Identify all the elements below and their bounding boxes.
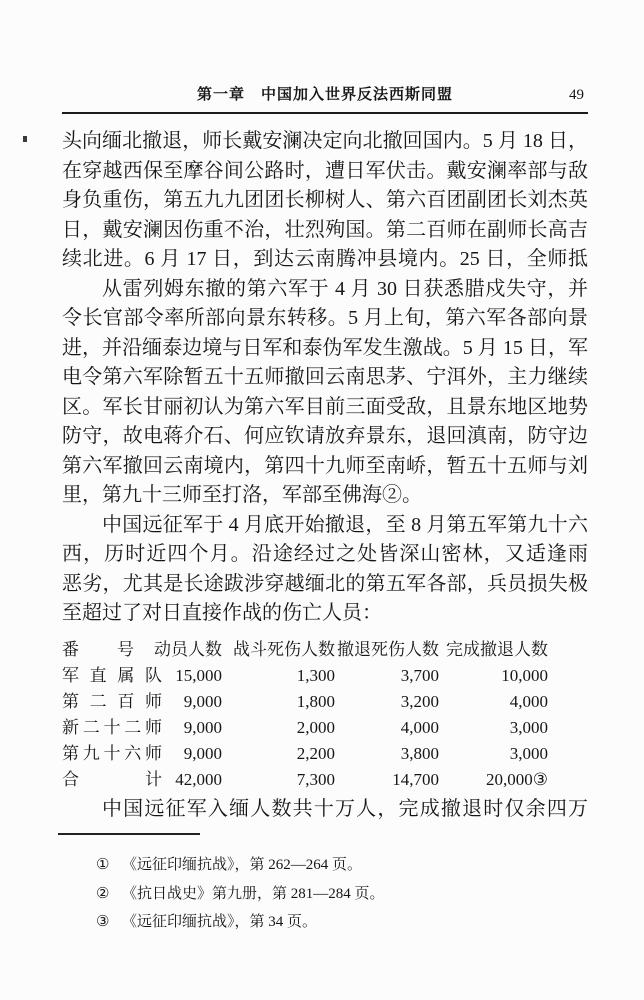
table-cell: 20,000③ — [439, 767, 548, 793]
body-line: 令长官部令率所部向景东转移。5 月上旬，第六军各部向景东附近转 — [62, 304, 588, 334]
table-cell: 42,000 — [167, 767, 222, 793]
chapter-title: 第一章 中国加入世界反法西斯同盟 — [197, 86, 453, 103]
footnote: ① 《远征印缅抗战》，第 262—264 页。 — [62, 851, 588, 880]
table-cell: 7,300 — [222, 767, 335, 793]
footnote: ② 《抗日战史》第九册，第 281—284 页。 — [62, 880, 588, 909]
footnote-text: 《抗日战史》第九册，第 281—284 页。 — [122, 880, 588, 909]
table-cell: 第二百师 — [62, 689, 167, 715]
table-cell: 4,000 — [439, 689, 548, 715]
table-cell: 9,000 — [167, 715, 222, 741]
col-header-completed-retreat: 完成撤退人数 — [446, 637, 548, 663]
body-line: 日，戴安澜因伤重不治，壮烈殉国。第二百师在副师长高吉人率领下继 — [62, 216, 588, 246]
cell-unit: 新二十二师 — [62, 715, 162, 741]
print-speck-artifact — [23, 136, 27, 142]
body-text: 头向缅北撤退，师长戴安澜决定向北撤回国内。5 月 18 日，第二百师 在穿越西保… — [62, 127, 588, 629]
cell-value: 3,800 — [401, 741, 439, 767]
cell-value: 3,000 — [510, 715, 548, 741]
body-line: 第六军撤回云南境内，第四十九师至南峤，暂五十五师与刘支队至车 — [62, 452, 588, 482]
body-line: 电令第六军除暂五十五师撤回云南思茅、宁洱外，主力继续留守景东地 — [62, 363, 588, 393]
table-cell: 3,000 — [439, 715, 548, 741]
footnote-marker: ① — [96, 851, 122, 880]
cell-value: 3,200 — [401, 689, 439, 715]
table-spacer — [548, 767, 588, 793]
footnote-marker: ③ — [96, 908, 122, 937]
footnote-text: 《远征印缅抗战》，第 262—264 页。 — [122, 851, 588, 880]
table-row: 第二百师 9,000 1,800 3,200 4,000 — [62, 689, 588, 715]
col-header-mobilized: 动员人数 — [154, 637, 222, 663]
table-cell: 第九十六师 — [62, 741, 167, 767]
table-cell: 3,000 — [439, 741, 548, 767]
cell-value: 15,000 — [175, 663, 222, 689]
book-page: { "header": { "chapter_title": "第一章 中国加入… — [0, 0, 644, 1000]
table-cell: 合计 — [62, 767, 167, 793]
cell-value: 1,300 — [297, 663, 335, 689]
cell-value: 9,000 — [184, 689, 222, 715]
cell-value: 20,000③ — [486, 767, 548, 793]
table-cell: 3,700 — [335, 663, 439, 689]
body-line: 进，并沿缅泰边境与日军和泰伪军发生激战。5 月 15 日，军事委员会 — [62, 334, 588, 364]
table-cell: 3,800 — [335, 741, 439, 767]
col-header-combat-casualties: 战斗死伤人数 — [233, 637, 335, 663]
table-spacer — [548, 689, 588, 715]
cell-value: 3,700 — [401, 663, 439, 689]
cell-value: 10,000 — [501, 663, 548, 689]
table-cell: 军直属队 — [62, 663, 167, 689]
table-header-cell: 番号 — [62, 637, 167, 663]
table-cell: 3,200 — [335, 689, 439, 715]
page-number: 49 — [569, 86, 584, 104]
footnote: ③ 《远征印缅抗战》，第 34 页。 — [62, 908, 588, 937]
table-cell: 新二十二师 — [62, 715, 167, 741]
table-cell: 2,200 — [222, 741, 335, 767]
table-header-row: 番号 动员人数 战斗死伤人数 撤退死伤人数 完成撤退人数 — [62, 637, 588, 663]
cell-value: 7,300 — [297, 767, 335, 793]
table-row: 新二十二师 9,000 2,000 4,000 3,000 — [62, 715, 588, 741]
cell-value: 14,700 — [392, 767, 439, 793]
cell-value: 3,000 — [510, 741, 548, 767]
footnotes: ① 《远征印缅抗战》，第 262—264 页。 ② 《抗日战史》第九册，第 28… — [62, 851, 588, 937]
cell-unit: 军直属队 — [62, 663, 162, 689]
table-header-cell: 撤退死伤人数 — [335, 637, 439, 663]
body-line: 防守，故电蒋介石、何应钦请放弃景东，退回滇南，防守边境。获准后， — [62, 422, 588, 452]
table-spacer — [548, 637, 588, 663]
body-line: 里，第九十三师至打洛，军部至佛海②。 — [62, 481, 588, 511]
body-line: 从雷列姆东撤的第六军于 4 月 30 日获悉腊戍失守，并接远征军司 — [62, 275, 588, 305]
table-cell: 4,000 — [335, 715, 439, 741]
table-cell: 1,800 — [222, 689, 335, 715]
body-line: 中国远征军入缅人数共十万人，完成撤退时仅余四万人。第五军 — [62, 795, 588, 825]
body-line: 续北进。6 月 17 日，到达云南腾冲县境内。25 日，全师抵达保山县①。 — [62, 245, 588, 275]
body-line: 西，历时近四个月。沿途经过之处皆深山密林，又适逢雨季，自然环境 — [62, 540, 588, 570]
table-total-row: 合计 42,000 7,300 14,700 20,000③ — [62, 767, 588, 793]
col-header-retreat-casualties: 撤退死伤人数 — [337, 637, 439, 663]
cell-value: 9,000 — [184, 741, 222, 767]
table-row: 军直属队 15,000 1,300 3,700 10,000 — [62, 663, 588, 689]
table-header-cell: 完成撤退人数 — [439, 637, 548, 663]
body-line: 身负重伤，第五九九团团长柳树人、第六百团副团长刘杰英勇牺牲。26 — [62, 186, 588, 216]
cell-value: 4,000 — [401, 715, 439, 741]
table-spacer — [548, 663, 588, 689]
table-header-cell: 动员人数 — [167, 637, 222, 663]
table-cell: 9,000 — [167, 741, 222, 767]
table-cell: 9,000 — [167, 689, 222, 715]
cell-unit: 第九十六师 — [62, 741, 162, 767]
header-rule — [62, 112, 588, 114]
table-spacer — [548, 715, 588, 741]
table-cell: 10,000 — [439, 663, 548, 689]
cell-value: 42,000 — [175, 767, 222, 793]
table-spacer — [548, 741, 588, 767]
footnote-separator-rule — [58, 833, 200, 835]
running-head: 第一章 中国加入世界反法西斯同盟 49 — [62, 86, 588, 104]
body-line: 中国远征军于 4 月底开始撤退，至 8 月第五军第九十六师抵达滇 — [62, 511, 588, 541]
body-line: 在穿越西保至摩谷间公路时，遭日军伏击。戴安澜率部与敌激战，不幸 — [62, 157, 588, 187]
table-cell: 15,000 — [167, 663, 222, 689]
cell-value: 2,000 — [297, 715, 335, 741]
table-cell: 1,300 — [222, 663, 335, 689]
footnote-text: 《远征印缅抗战》，第 34 页。 — [122, 908, 588, 937]
cell-value: 4,000 — [510, 689, 548, 715]
table-row: 第九十六师 9,000 2,200 3,800 3,000 — [62, 741, 588, 767]
cell-unit: 第二百师 — [62, 689, 162, 715]
footnote-marker: ② — [96, 880, 122, 909]
body-line: 区。军长甘丽初认为第六军目前三面受敌，且景东地区地势平坦，不易 — [62, 393, 588, 423]
cell-value: 1,800 — [297, 689, 335, 715]
table-header-cell: 战斗死伤人数 — [222, 637, 335, 663]
table-cell: 2,000 — [222, 715, 335, 741]
cell-unit-total: 合计 — [62, 767, 162, 793]
table-cell: 14,700 — [335, 767, 439, 793]
after-table-paragraph: 中国远征军入缅人数共十万人，完成撤退时仅余四万人。第五军 — [62, 795, 588, 825]
body-line: 恶劣，尤其是长途跋涉穿越缅北的第五军各部，兵员损失极为惨重，甚 — [62, 570, 588, 600]
cell-value: 2,200 — [297, 741, 335, 767]
cell-value: 9,000 — [184, 715, 222, 741]
casualty-table: 番号 动员人数 战斗死伤人数 撤退死伤人数 完成撤退人数 军直属队 15,000… — [62, 637, 588, 793]
body-line: 头向缅北撤退，师长戴安澜决定向北撤回国内。5 月 18 日，第二百师 — [62, 127, 588, 157]
col-header-unit: 番号 — [62, 637, 134, 663]
page-column: 第一章 中国加入世界反法西斯同盟 49 头向缅北撤退，师长戴安澜决定向北撤回国内… — [62, 0, 588, 937]
body-line: 至超过了对日直接作战的伤亡人员： — [62, 599, 588, 629]
